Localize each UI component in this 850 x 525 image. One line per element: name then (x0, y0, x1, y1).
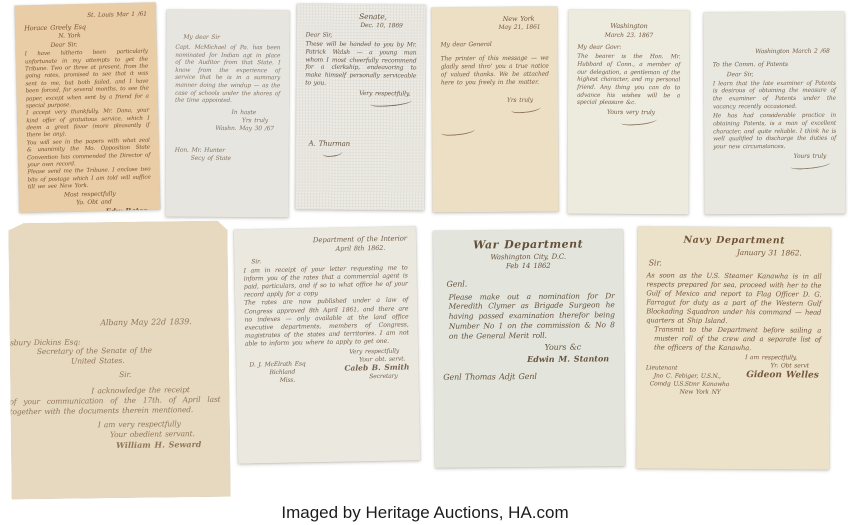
handwriting-line: Washington March 2 /68 (713, 48, 830, 57)
handwriting-line: Feb 14 1862 (442, 261, 614, 272)
handwriting-line: I accept very thankfully, Mr. Dana, your… (26, 108, 150, 140)
handwriting-line: As soon as the U.S. Steamer Kanawha is i… (646, 271, 821, 326)
auction-photo: St. Louis Mar 1 /61Horace Greely EsqN. Y… (0, 0, 850, 525)
signature-scribble (322, 148, 342, 157)
signature-scribble (511, 104, 542, 114)
handwriting-line: April 8th 1862. (243, 244, 385, 255)
handwriting-line: I have hitherto been particularly unfort… (25, 49, 149, 111)
letter-mcmichael-note: My dear SirCapt. McMichael of Pa. has be… (165, 10, 289, 218)
handwriting-line: Miss. (280, 374, 410, 384)
handwriting-line: Genl Thomas Adjt Genl (443, 371, 615, 383)
handwriting-line: Capt. McMichael of Pa. has been nominate… (175, 45, 280, 107)
handwriting-line: Secy of State (191, 154, 280, 162)
handwriting-line: The bearer is the Hon. Mr. Hubbard of Co… (577, 54, 680, 108)
handwriting-line: To the Comm. of Patents (713, 61, 836, 70)
handwriting-line: Washn. May 30 /67 (175, 125, 274, 133)
handwriting-line: Edwin M. Stanton (443, 353, 609, 365)
handwriting-line: St. Louis Mar 1 /61 (24, 11, 147, 22)
handwriting-line: My dear Sir (183, 34, 280, 42)
handwriting-line: of your communication of the 17th. of Ap… (9, 395, 220, 417)
handwriting-line: United States. (71, 355, 220, 367)
handwriting-line: These will be handed to you by Mr. Patri… (305, 40, 416, 88)
letter-navy-department-welles: Navy DepartmentJanuary 31 1862.Sir.As so… (636, 226, 831, 469)
handwriting-line: Dec. 10, 1869 (306, 21, 403, 30)
handwriting-line: William H. Seward (116, 438, 221, 450)
handwriting-line: The rates are now published under a law … (244, 297, 409, 349)
handwriting-line: Transmit to the Department before sailin… (654, 325, 821, 353)
handwriting-line: War Department (442, 237, 614, 253)
handwriting-line: Please send me the Tribune. I enclose tw… (27, 167, 150, 192)
letter-washington-1867: WashingtonMarch 23. 1867My dear Govr:The… (567, 10, 689, 215)
handwriting-line: Senate, (306, 12, 387, 23)
handwriting-line: Sir. (119, 369, 220, 380)
letter-interior-department: Department of the InteriorApril 8th 1862… (234, 226, 420, 463)
handwriting-line: He has had considerable practice in obta… (713, 113, 836, 152)
handwriting-line: March 23. 1867 (577, 31, 680, 39)
handwriting-line: My dear General (441, 41, 549, 50)
handwriting-line: I am in receipt of your letter requestin… (243, 264, 408, 300)
handwriting-line: My dear Govr: (577, 44, 680, 52)
signature-scribble (621, 116, 657, 126)
letter-new-york-1861: New YorkMay 21, 1861My dear GeneralThe p… (431, 7, 558, 213)
handwriting-line: Sir. (649, 259, 822, 271)
handwriting-line: Dear Sir, (727, 70, 836, 78)
handwriting-line: You will see in the papers with what zea… (27, 137, 151, 169)
handwriting-line: Edw Bates (28, 206, 147, 213)
signature-scribble (370, 97, 412, 108)
handwriting-line: May 21, 1861 (440, 23, 540, 32)
letter-commissioner-of-patents: Washington March 2 /68To the Comm. of Pa… (703, 12, 845, 215)
letter-bates-to-greeley: St. Louis Mar 1 /61Horace Greely EsqN. Y… (15, 2, 161, 212)
handwriting-line: The printer of this message — we gladly … (441, 55, 549, 87)
signature-scribble (441, 126, 476, 137)
handwriting-line: Navy Department (647, 234, 822, 248)
handwriting-line: Genl. (446, 278, 614, 290)
handwriting-line: Dear Sir, (306, 31, 417, 40)
letter-senate-thurman: Senate,Dec. 10, 1869Dear Sir,These will … (295, 3, 426, 210)
signature-scribble (790, 160, 830, 171)
handwriting-line: Albany May 22d 1839. (18, 317, 191, 330)
letter-seward-albany-1839: Albany May 22d 1839.Asbury Dickins Esq:S… (8, 221, 230, 500)
handwriting-line: I learn that the late examiner of Patent… (713, 80, 836, 111)
handwriting-line: January 31 1862. (647, 247, 802, 258)
handwriting-line: New York NY (680, 389, 821, 398)
handwriting-line: Yrs truly (441, 97, 533, 106)
letter-war-department-stanton: War DepartmentWashington City, D.C.Feb 1… (433, 229, 625, 468)
watermark-caption: Imaged by Heritage Auctions, HA.com (0, 503, 850, 523)
handwriting-line: Washington (577, 22, 680, 31)
handwriting-line: Please make out a nomination for Dr Mere… (449, 291, 615, 342)
